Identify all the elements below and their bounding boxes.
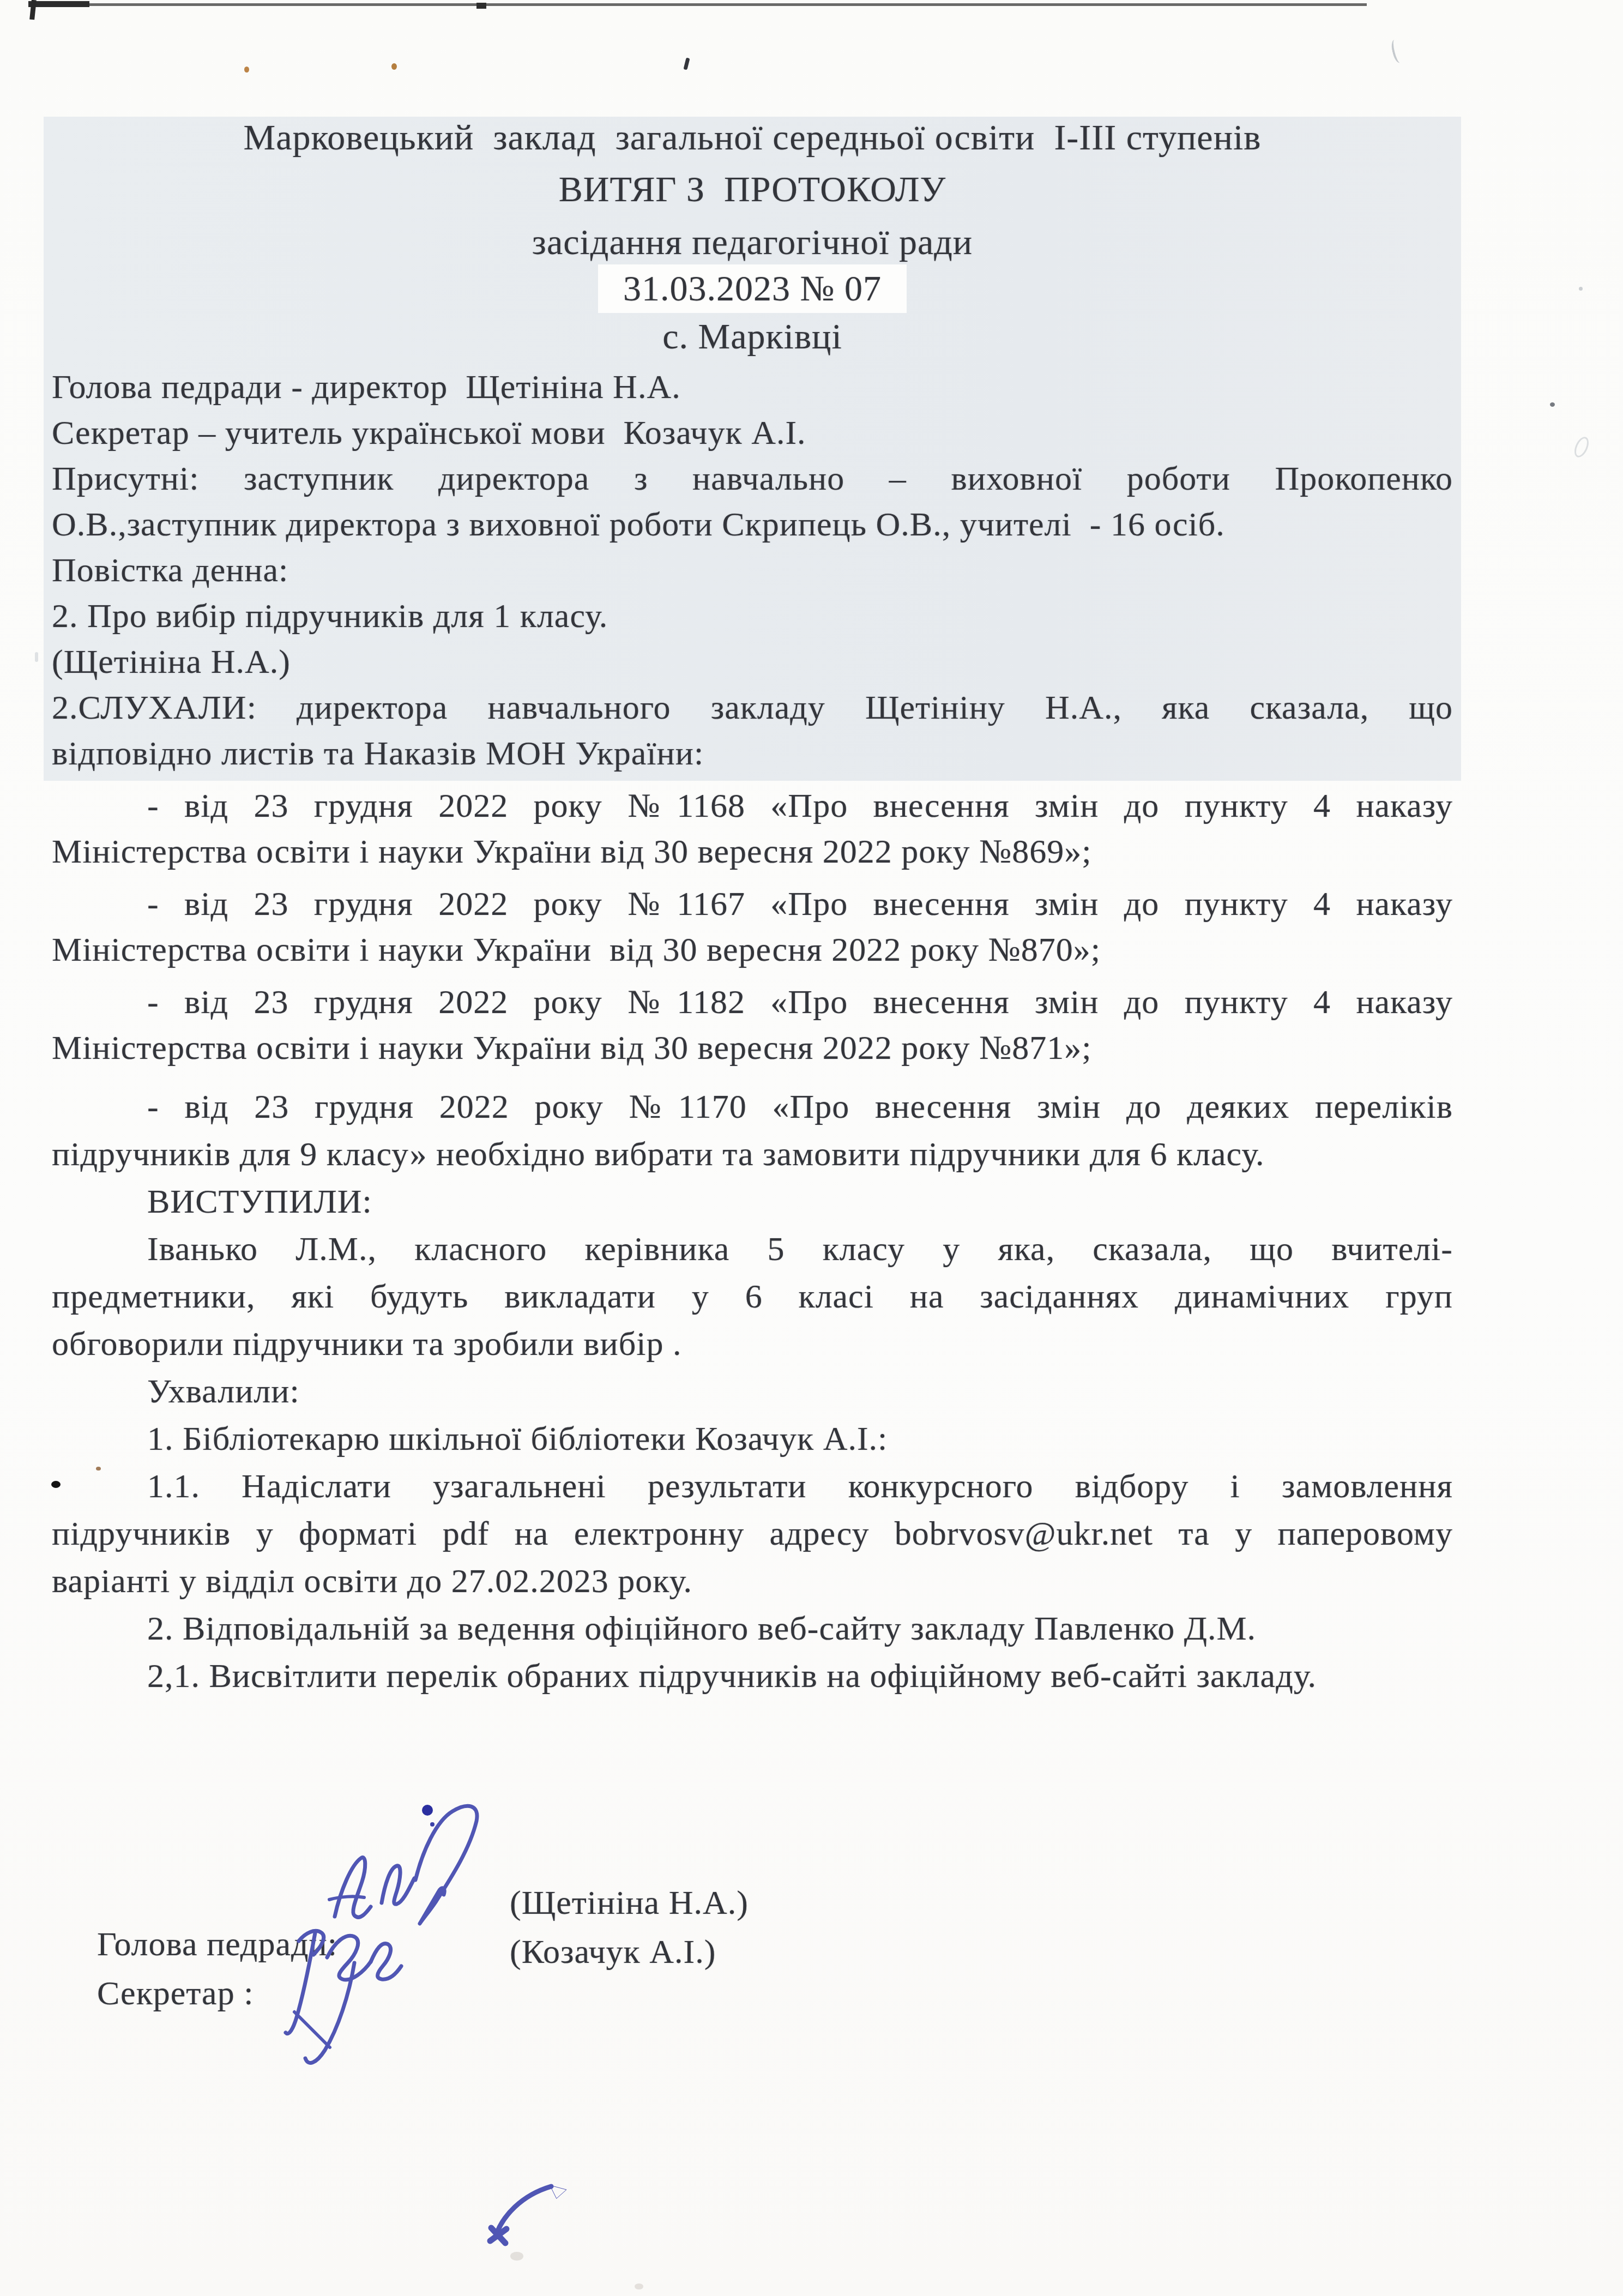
- chairman-signature-row: Голова педради: (Щетініна Н.А.): [61, 1882, 1453, 1924]
- order-1168-line-2: Міністерства освіти і науки України від …: [52, 831, 1453, 872]
- scan-edge-line: [28, 3, 1367, 6]
- school-name-line: Марковецький заклад загальної середньої …: [52, 117, 1453, 159]
- document-type-title: ВИТЯГ З ПРОТОКОЛУ: [52, 169, 1453, 210]
- location-line: с. Марківці: [52, 316, 1453, 358]
- scan-edge-tick: [476, 3, 486, 9]
- scan-edge-line-cap: [28, 1, 89, 7]
- agenda-item: 2. Про вибір підручників для 1 класу.: [52, 595, 1453, 637]
- resolution-1: 1. Бібліотекарю шкільної бібліотеки Коза…: [52, 1418, 1453, 1460]
- scan-speck: [244, 67, 249, 73]
- resolution-1-1-line-3: варіанті у відділ освіти до 27.02.2023 р…: [52, 1560, 1453, 1602]
- stray-ink-mark: [487, 2180, 585, 2248]
- attendees-line-1: Присутні: заступник директора з навчальн…: [52, 458, 1453, 499]
- scan-speck: [1572, 435, 1591, 459]
- scan-speck: [1550, 402, 1555, 407]
- protocol-date-highlight: 31.03.2023 № 07: [598, 264, 907, 313]
- order-1182-line-2: Міністерства освіти і науки України від …: [52, 1027, 1453, 1069]
- resolution-1-1-line-1: 1.1. Надіслати узагальнені результати ко…: [52, 1466, 1453, 1507]
- secretary-signature-ink: [275, 1911, 417, 2075]
- spoke-heading: ВИСТУПИЛИ:: [52, 1181, 1453, 1222]
- speaker-line-3: обговорили підручники та зробили вибір .: [52, 1323, 1453, 1365]
- order-1182-line-1: - від 23 грудня 2022 року №1182 «Про вне…: [52, 981, 1453, 1023]
- signature-name-label: (Козачук А.І.): [510, 1931, 716, 1973]
- attendees-line-2: О.В.,заступник директора з виховної робо…: [52, 504, 1453, 545]
- order-1167-line-2: Міністерства освіти і науки України від …: [52, 929, 1453, 971]
- heard-line-1: 2.СЛУХАЛИ: директора навчального закладу…: [52, 687, 1453, 728]
- order-1168-line-1: - від 23 грудня 2022 року №1168 «Про вне…: [52, 785, 1453, 827]
- secretary-line: Секретар – учитель української мови Коза…: [52, 412, 1453, 454]
- scanned-protocol-page: Марковецький заклад загальної середньої …: [0, 0, 1623, 2296]
- scan-speck: [391, 63, 397, 70]
- scan-speck: [510, 2252, 523, 2261]
- agenda-heading: Повістка денна:: [52, 550, 1453, 591]
- ink-dot: [430, 1822, 435, 1827]
- scan-speck: [635, 2283, 643, 2289]
- resolved-heading: Ухвалили:: [52, 1371, 1453, 1412]
- resolution-1-1-line-2: підручників у форматі pdf на електронну …: [52, 1513, 1453, 1554]
- signature-role-label: Секретар :: [97, 1975, 254, 2012]
- order-1170-line-2: підручників для 9 класу» необхідно вибра…: [52, 1134, 1453, 1175]
- order-1167-line-1: - від 23 грудня 2022 року №1167 «Про вне…: [52, 883, 1453, 925]
- ink-dot: [422, 1805, 433, 1816]
- signature-name-label: (Щетініна Н.А.): [510, 1882, 749, 1924]
- secretary-signature-row: Секретар : (Козачук А.І.): [61, 1931, 1453, 1973]
- speaker-line-1: Іванько Л.М., класного керівника 5 класу…: [52, 1228, 1453, 1270]
- scan-speck: [1579, 287, 1583, 291]
- scan-speck: [1390, 38, 1405, 64]
- protocol-date-number: 31.03.2023 № 07: [52, 268, 1453, 310]
- order-1170-line-1: - від 23 грудня 2022 року №1170 «Про вне…: [52, 1086, 1453, 1128]
- chairman-line: Голова педради - директор Щетініна Н.А.: [52, 366, 1453, 408]
- resolution-2-1: 2,1. Висвітлити перелік обраних підручни…: [52, 1655, 1453, 1697]
- meeting-name-line: засідання педагогічної ради: [52, 222, 1453, 263]
- scan-speck: [683, 57, 690, 70]
- heard-line-2: відповідно листів та Наказів МОН України…: [52, 733, 1453, 774]
- resolution-2: 2. Відповідальній за ведення офіційного …: [52, 1608, 1453, 1649]
- speaker-line-2: предметники, які будуть викладати у 6 кл…: [52, 1276, 1453, 1317]
- scan-speck: [35, 652, 38, 662]
- agenda-author: (Щетініна Н.А.): [52, 641, 1453, 683]
